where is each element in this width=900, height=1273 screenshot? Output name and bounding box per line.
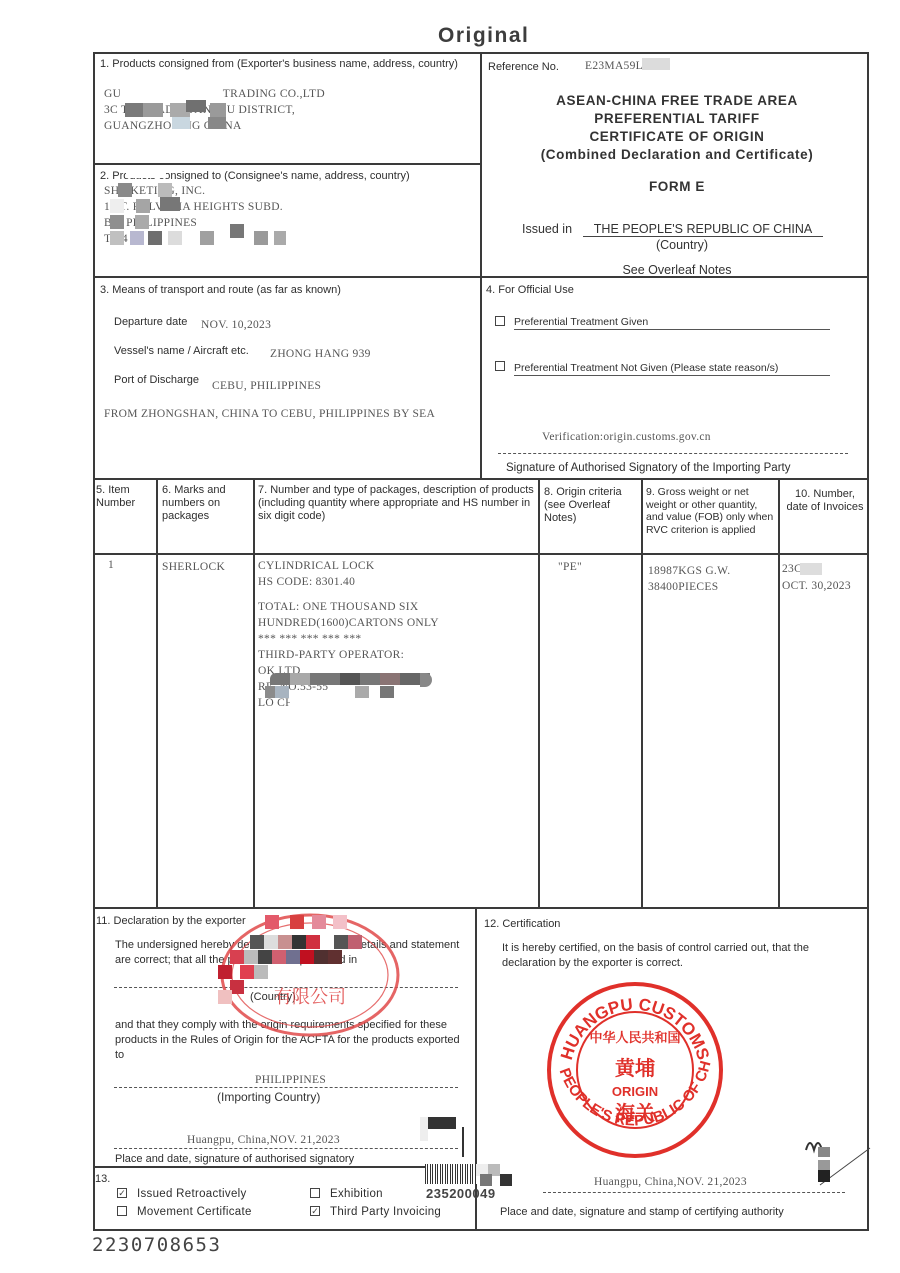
barcode-number: 235200049: [426, 1186, 496, 1201]
authority-place-caption: Place and date, signature and stamp of c…: [500, 1205, 784, 1219]
exhibition-checkbox[interactable]: [310, 1188, 320, 1198]
departure-label: Departure date: [114, 315, 187, 329]
country-caption: (Country): [482, 238, 882, 252]
svg-text:黄埔: 黄埔: [615, 1056, 655, 1080]
vessel-value: ZHONG HANG 939: [270, 348, 371, 360]
document-title: Original: [438, 24, 529, 48]
col-header-invoices: 10. Number, date of Invoices: [784, 488, 866, 514]
col-header-item: 5. Item Number: [96, 484, 156, 510]
form-name: FORM E: [482, 178, 872, 196]
col-header-criteria: 8. Origin criteria (see Overleaf Notes): [544, 486, 640, 525]
svg-text:有限公司: 有限公司: [274, 987, 346, 1008]
footer-serial-number: 2230708653: [92, 1234, 221, 1256]
col-header-marks: 6. Marks and numbers on packages: [162, 484, 250, 523]
issued-in-value: THE PEOPLE'S REPUBLIC OF CHINA: [583, 222, 823, 237]
reference-value: E23MA59L: [585, 60, 643, 72]
port-label: Port of Discharge: [114, 373, 199, 387]
box12-label: 12. Certification: [484, 917, 560, 931]
svg-text:海关: 海关: [615, 1101, 655, 1125]
box3-label: 3. Means of transport and route (as far …: [100, 283, 341, 297]
certification-para: It is hereby certified, on the basis of …: [502, 941, 862, 971]
customs-stamp: HUANGPU CUSTOMS THE PEOPLE'S REPUBLIC OF…: [540, 980, 730, 1160]
vessel-label: Vessel's name / Aircraft etc.: [114, 344, 249, 358]
importing-country-caption: (Importing Country): [217, 1090, 320, 1104]
issued-in-label: Issued in: [522, 222, 572, 236]
movement-certificate-checkbox[interactable]: [117, 1206, 127, 1216]
box4-label: 4. For Official Use: [486, 283, 574, 297]
authority-place-date: Huangpu, China,NOV. 21,2023: [594, 1176, 747, 1188]
importing-country: PHILIPPINES: [255, 1074, 326, 1086]
row-item-number: 1: [108, 559, 114, 571]
authority-signature: [800, 1130, 875, 1190]
exhibition-label: Exhibition: [330, 1187, 383, 1201]
box13-label: 13.: [95, 1172, 110, 1186]
certificate-heading: ASEAN-CHINA FREE TRADE AREA PREFERENTIAL…: [482, 92, 872, 164]
col-header-weight: 9. Gross weight or net weight or other q…: [646, 486, 776, 536]
exporter-place-date: Huangpu, China,NOV. 21,2023: [187, 1134, 340, 1146]
third-party-invoicing-checkbox[interactable]: ✓: [310, 1206, 320, 1216]
route-value: FROM ZHONGSHAN, CHINA TO CEBU, PHILIPPIN…: [104, 408, 435, 420]
barcode: [425, 1164, 477, 1184]
preferential-given-checkbox[interactable]: [495, 316, 505, 326]
exporter-place-caption: Place and date, signature of authorised …: [115, 1152, 354, 1166]
verification-text: Verification:origin.customs.gov.cn: [542, 431, 711, 443]
movement-certificate-label: Movement Certificate: [137, 1205, 252, 1219]
reference-label: Reference No.: [488, 60, 559, 74]
svg-text:中华人民共和国: 中华人民共和国: [589, 1030, 680, 1045]
preferential-given-label: Preferential Treatment Given: [514, 315, 830, 330]
col-header-description: 7. Number and type of packages, descript…: [258, 484, 536, 523]
row-weight: 18987KGS G.W. 38400PIECES: [648, 563, 730, 595]
row-origin-criteria: "PE": [558, 561, 582, 573]
box1-label: 1. Products consigned from (Exporter's b…: [100, 57, 472, 71]
issued-retroactively-checkbox[interactable]: ✓: [117, 1188, 127, 1198]
row-invoice-date: OCT. 30,2023: [782, 580, 851, 592]
svg-text:ORIGIN: ORIGIN: [612, 1084, 658, 1099]
preferential-not-given-checkbox[interactable]: [495, 361, 505, 371]
departure-value: NOV. 10,2023: [201, 319, 271, 331]
preferential-not-given-label: Preferential Treatment Not Given (Please…: [514, 361, 830, 376]
row-marks: SHERLOCK: [162, 561, 225, 573]
issued-retroactively-label: Issued Retroactively: [137, 1187, 247, 1201]
third-party-invoicing-label: Third Party Invoicing: [330, 1205, 441, 1219]
importing-signature-caption: Signature of Authorised Signatory of the…: [506, 461, 790, 475]
port-value: CEBU, PHILIPPINES: [212, 380, 321, 392]
overleaf-notes: See Overleaf Notes: [482, 263, 872, 277]
